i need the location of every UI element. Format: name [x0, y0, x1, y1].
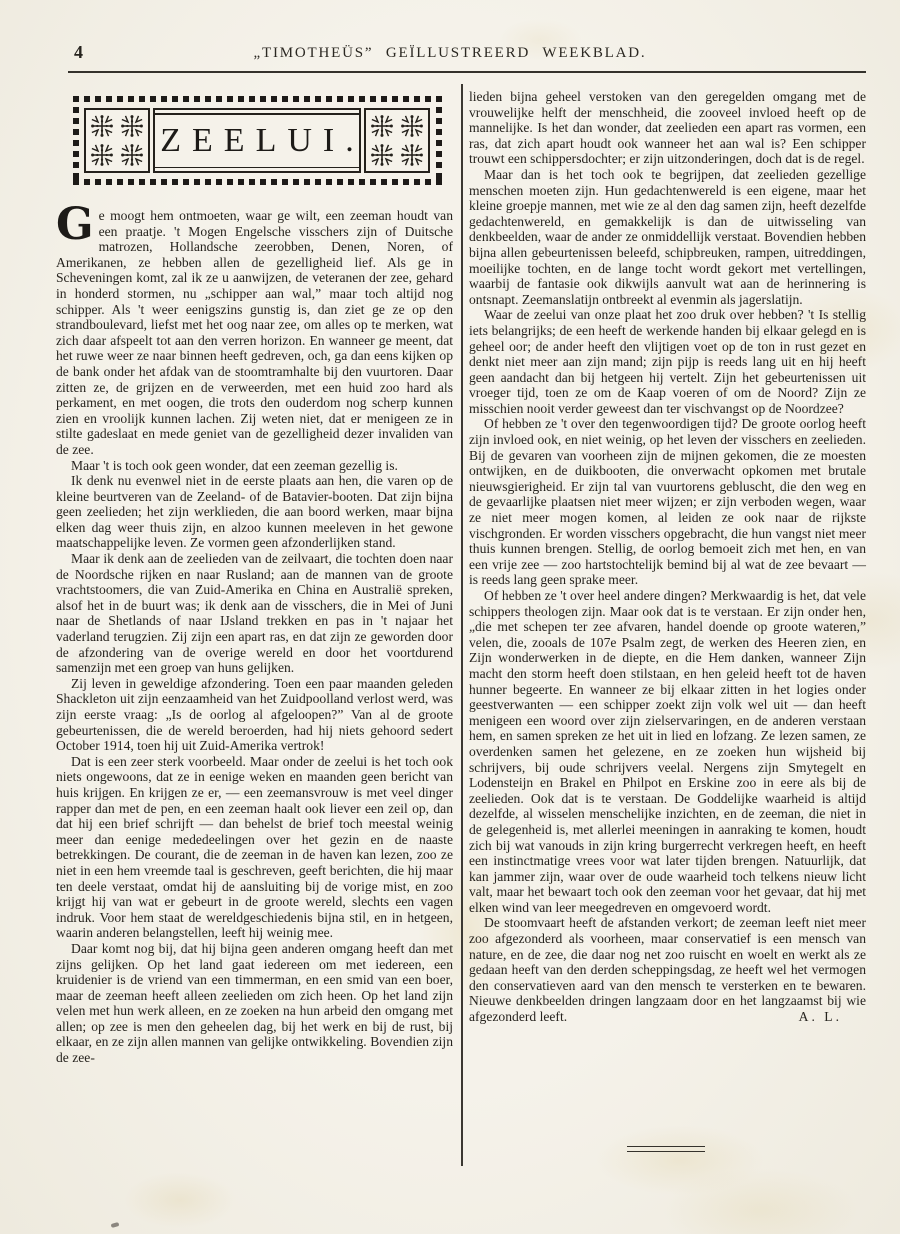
star-ornament-icon — [399, 113, 425, 139]
paragraph: Of hebben ze 't over den tegenwoordigen … — [469, 416, 866, 588]
ornament-panel-left — [84, 108, 150, 173]
drop-cap: G — [56, 208, 99, 240]
paragraph: Maar ik denk aan de zeelieden van de zei… — [56, 551, 453, 676]
star-ornament-icon — [89, 142, 115, 168]
paragraph: Daar komt nog bij, dat hij bijna geen an… — [56, 941, 453, 1066]
left-column: Ge moogt hem ontmoeten, waar ge wilt, ee… — [56, 208, 453, 1066]
ink-speck — [111, 1222, 120, 1228]
column-divider — [461, 84, 463, 1166]
end-rule — [627, 1146, 705, 1152]
star-ornament-icon — [369, 142, 395, 168]
paragraph: Zij leven in geweldige afzondering. Toen… — [56, 676, 453, 754]
paragraph: Dat is een zeer sterk voorbeeld. Maar on… — [56, 754, 453, 941]
header-rule — [68, 71, 866, 73]
star-ornament-icon — [119, 113, 145, 139]
dotted-border-left — [73, 96, 79, 185]
star-ornament-icon — [369, 113, 395, 139]
right-column: lieden bijna geheel verstoken van den ge… — [469, 89, 866, 1025]
title-inner-frame: ZEELUI. — [84, 108, 430, 173]
masthead: „TIMOTHEÜS” GEÏLLUSTREERD WEEKBLAD. — [0, 45, 900, 62]
paragraph: Waar de zeelui van onze plaat het zoo dr… — [469, 307, 866, 416]
star-ornament-icon — [399, 142, 425, 168]
paragraph: lieden bijna geheel verstoken van den ge… — [469, 89, 866, 167]
article-title-box: ZEELUI. — [73, 96, 442, 185]
magazine-page: 4 „TIMOTHEÜS” GEÏLLUSTREERD WEEKBLAD. ZE… — [0, 0, 900, 1234]
paragraph-text: e moogt hem ontmoeten, waar ge wilt, een… — [56, 208, 453, 457]
paragraph: De stoomvaart heeft de afstanden verkort… — [469, 915, 866, 1024]
article-title-frame: ZEELUI. — [153, 108, 361, 173]
author-signature: A. L. — [784, 1009, 842, 1025]
paragraph: Of hebben ze 't over heel andere dingen?… — [469, 588, 866, 915]
paragraph: Ik denk nu evenwel niet in de eerste pla… — [56, 473, 453, 551]
star-ornament-icon — [89, 113, 115, 139]
dotted-border-bottom — [73, 179, 442, 185]
article-title: ZEELUI. — [160, 122, 364, 160]
paragraph: Ge moogt hem ontmoeten, waar ge wilt, ee… — [56, 208, 453, 458]
paragraph: Maar dan is het toch ook te begrijpen, d… — [469, 167, 866, 307]
dotted-border-right — [436, 96, 442, 185]
paragraph: Maar 't is toch ook geen wonder, dat een… — [56, 458, 453, 474]
star-ornament-icon — [119, 142, 145, 168]
ornament-panel-right — [364, 108, 430, 173]
paragraph-text: De stoomvaart heeft de afstanden verkort… — [469, 915, 866, 1024]
dotted-border-top — [73, 96, 442, 102]
